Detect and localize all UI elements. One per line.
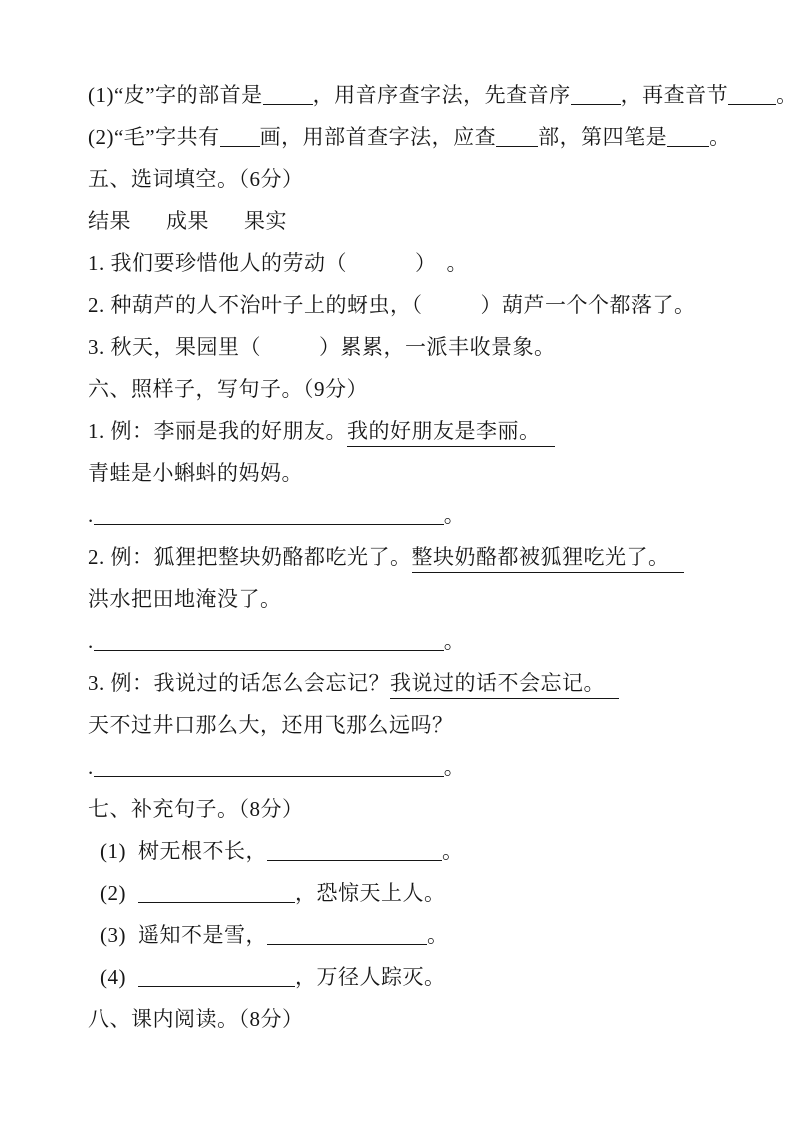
underlined-answer-text: 我说过的话不会忘记。 (390, 671, 619, 699)
complete-sentence-2: (2)，恐惊天上人。 (88, 882, 743, 905)
text-segment: ） (415, 251, 437, 275)
answer-blank[interactable] (496, 130, 538, 147)
rewrite-example-2: 2. 例：狐狸把整块奶酪都吃光了。整块奶酪都被狐狸吃光了。 (88, 546, 743, 569)
text-segment: (2)“毛”字共有 (88, 125, 220, 149)
text-segment: ）累累，一派丰收景象。 (319, 335, 556, 359)
spacer (126, 983, 138, 984)
underlined-answer-text: 整块奶酪都被狐狸吃光了。 (412, 545, 684, 573)
text-segment: 七、补充句子。（8分） (88, 797, 304, 821)
text-segment: 。 (444, 629, 466, 653)
complete-sentence-3: (3)遥知不是雪，。 (88, 924, 743, 947)
answer-line-1: .。 (88, 504, 743, 527)
text-segment: ，恐惊天上人。 (295, 881, 446, 905)
rewrite-example-1: 1. 例：李丽是我的好朋友。我的好朋友是李丽。 (88, 420, 743, 443)
text-segment: (1) (100, 839, 126, 863)
answer-blank[interactable] (267, 928, 427, 945)
text-segment: ，用音序查字法，先查音序 (313, 83, 571, 107)
text-segment: ）葫芦一个个都落了。 (481, 293, 696, 317)
text-segment: 。 (709, 125, 731, 149)
text-segment: 3. 秋天，果园里（ (88, 335, 261, 359)
answer-blank[interactable] (138, 970, 295, 987)
rewrite-prompt-1: 青蛙是小蝌蚪的妈妈。 (88, 462, 743, 485)
complete-sentence-4: (4)，万径人踪灭。 (88, 966, 743, 989)
answer-blank[interactable] (220, 130, 260, 147)
text-segment: 。 (444, 503, 466, 527)
text-segment: 。 (776, 83, 793, 107)
text-segment: 结果 (88, 209, 131, 233)
complete-sentence-1: (1)树无根不长，。 (88, 840, 743, 863)
answer-line-2: .。 (88, 630, 743, 653)
spacer (261, 353, 319, 354)
answer-blank[interactable] (138, 886, 295, 903)
text-segment: ，万径人踪灭。 (295, 965, 446, 989)
answer-blank[interactable] (728, 88, 776, 105)
text-segment: 五、选词填空。（6分） (88, 167, 304, 191)
answer-blank[interactable] (571, 88, 621, 105)
text-segment: 1. 我们要珍惜他人的劳动（ (88, 251, 347, 275)
spacer (126, 899, 138, 900)
text-segment: 遥知不是雪， (138, 923, 267, 947)
text-segment: 八、课内阅读。（8分） (88, 1007, 304, 1031)
answer-blank[interactable] (94, 760, 444, 777)
choose-word-item-2: 2. 种葫芦的人不治叶子上的蚜虫，（）葫芦一个个都落了。 (88, 294, 743, 317)
answer-line-3: .。 (88, 756, 743, 779)
text-segment: 2. 种葫芦的人不治叶子上的蚜虫，（ (88, 293, 423, 317)
text-segment: 成果 (166, 209, 209, 233)
choose-word-item-3: 3. 秋天，果园里（）累累，一派丰收景象。 (88, 336, 743, 359)
text-segment: 。 (427, 923, 449, 947)
dictionary-question-2: (2)“毛”字共有画，用部首查字法，应查部，第四笔是。 (88, 126, 743, 149)
text-segment: 。 (447, 251, 469, 275)
worksheet-page: (1)“皮”字的部首是，用音序查字法，先查音序，再查音节。(2)“毛”字共有画，… (0, 0, 793, 1122)
spacer (209, 227, 244, 228)
text-segment: 画，用部首查字法，应查 (260, 125, 497, 149)
text-segment: (2) (100, 881, 126, 905)
text-segment: 部，第四笔是 (538, 125, 667, 149)
text-segment: 。 (442, 839, 464, 863)
section-7-title: 七、补充句子。（8分） (88, 798, 743, 821)
text-segment: 3. 例：我说过的话怎么会忘记？ (88, 671, 390, 695)
rewrite-prompt-3: 天不过井口那么大，还用飞那么远吗？ (88, 714, 743, 737)
text-segment: 洪水把田地淹没了。 (88, 587, 282, 611)
section-8-title: 八、课内阅读。（8分） (88, 1008, 743, 1031)
section-6-title: 六、照样子，写句子。（9分） (88, 378, 743, 401)
text-segment: 果实 (244, 209, 287, 233)
spacer (437, 269, 447, 270)
rewrite-example-3: 3. 例：我说过的话怎么会忘记？我说过的话不会忘记。 (88, 672, 743, 695)
text-segment: (1)“皮”字的部首是 (88, 83, 263, 107)
text-segment: 六、照样子，写句子。（9分） (88, 377, 368, 401)
spacer (347, 269, 415, 270)
answer-blank[interactable] (667, 130, 709, 147)
rewrite-prompt-2: 洪水把田地淹没了。 (88, 588, 743, 611)
text-segment: 树无根不长， (138, 839, 267, 863)
text-segment: (3) (100, 923, 126, 947)
text-segment: 天不过井口那么大，还用飞那么远吗？ (88, 713, 454, 737)
text-segment: 1. 例：李丽是我的好朋友。 (88, 419, 347, 443)
word-bank: 结果成果果实 (88, 210, 743, 233)
spacer (126, 941, 138, 942)
section-5-title: 五、选词填空。（6分） (88, 168, 743, 191)
text-segment: 。 (444, 755, 466, 779)
text-segment: 2. 例：狐狸把整块奶酪都吃光了。 (88, 545, 412, 569)
answer-blank[interactable] (263, 88, 313, 105)
underlined-answer-text: 我的好朋友是李丽。 (347, 419, 555, 447)
spacer (423, 311, 481, 312)
answer-blank[interactable] (94, 634, 444, 651)
document-body: (1)“皮”字的部首是，用音序查字法，先查音序，再查音节。(2)“毛”字共有画，… (88, 84, 743, 1031)
spacer (131, 227, 166, 228)
answer-blank[interactable] (94, 508, 444, 525)
text-segment: (4) (100, 965, 126, 989)
text-segment: ，再查音节 (621, 83, 729, 107)
spacer (126, 857, 138, 858)
choose-word-item-1: 1. 我们要珍惜他人的劳动（）。 (88, 252, 743, 275)
text-segment: 青蛙是小蝌蚪的妈妈。 (88, 461, 303, 485)
dictionary-question-1: (1)“皮”字的部首是，用音序查字法，先查音序，再查音节。 (88, 84, 743, 107)
answer-blank[interactable] (267, 844, 442, 861)
